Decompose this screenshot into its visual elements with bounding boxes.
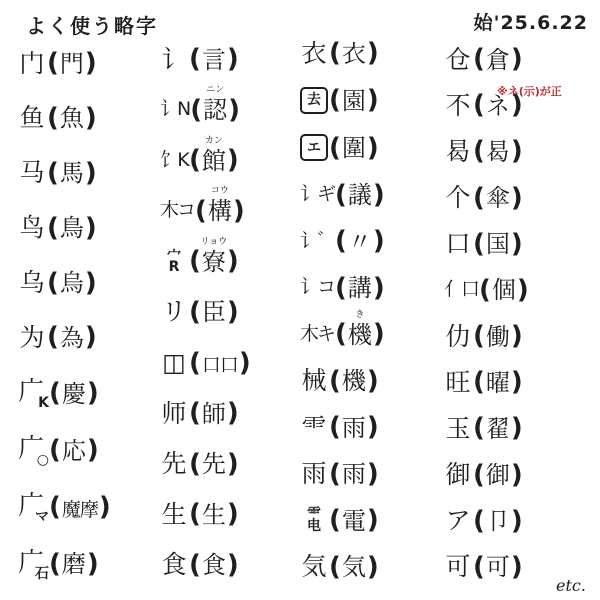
ryakuji-entry: 御(御) (444, 462, 524, 488)
original-char: 言 (202, 46, 226, 74)
enclosed-inner-char: エ (307, 141, 321, 155)
close-paren: ) (227, 552, 239, 578)
original-char-wrap: 国 (486, 231, 510, 256)
open-paren: ( (479, 277, 491, 303)
abbr-char: 个 (444, 185, 472, 210)
close-paren: ) (99, 494, 111, 520)
abbr-char: 不 (444, 93, 472, 118)
abbr-char: 仓 (444, 47, 472, 72)
original-char: 機 (348, 321, 372, 349)
ryakuji-entry: 旺(曜) (444, 369, 524, 395)
original-char: 圍 (342, 134, 366, 162)
open-paren: ( (189, 248, 201, 274)
open-paren: ( (335, 321, 347, 347)
close-paren: ) (373, 275, 385, 301)
ryakuji-entry: リ(臣) (160, 299, 240, 325)
open-paren: ( (47, 324, 59, 350)
stack-part-char: 电 (307, 520, 321, 533)
original-char-wrap: 馬 (60, 160, 84, 185)
close-paren: ) (511, 508, 523, 534)
abbr-char: 鱼 (18, 105, 46, 130)
original-char-wrap: 曜 (486, 370, 510, 395)
close-paren: ) (511, 323, 523, 349)
original-char: 御 (486, 461, 510, 489)
abbr-char: 食 (160, 552, 188, 577)
ryakuji-entry: 生(生) (160, 501, 240, 527)
ryakuji-entry: 木キ(き機) (300, 321, 386, 347)
original-char: 傘 (486, 184, 510, 212)
open-paren: ( (49, 551, 61, 577)
original-char-wrap: 雨 (342, 461, 366, 486)
original-char-wrap: 磨 (62, 551, 86, 576)
open-paren: ( (329, 414, 341, 440)
open-paren: ( (473, 415, 485, 441)
original-char-wrap: 曷 (486, 139, 510, 164)
original-char: 園 (342, 87, 366, 115)
original-char: 曷 (486, 138, 510, 166)
original-char: 認 (203, 96, 227, 124)
radical-inner-char: K (38, 396, 49, 410)
abbr-char: 讠コ (300, 278, 334, 297)
ryakuji-entry: ア(卩) (444, 508, 524, 534)
original-char-wrap: 臣 (202, 299, 226, 324)
ryakuji-entry: 不(ネ) (444, 92, 524, 118)
open-paren: ( (473, 46, 485, 72)
open-paren: ( (189, 400, 201, 426)
handwritten-ryakuji-note: { "page": { "background": "#ffffff", "in… (0, 0, 600, 600)
original-char-wrap: 口口 (202, 350, 238, 375)
ryakuji-entry: 讠(言) (160, 46, 240, 72)
close-paren: ) (227, 400, 239, 426)
open-paren: ( (195, 198, 207, 224)
close-paren: ) (85, 270, 97, 296)
close-paren: ) (227, 451, 239, 477)
abbr-char: 雨 (300, 461, 328, 486)
open-paren: ( (473, 92, 485, 118)
original-char-wrap: 烏 (60, 270, 84, 295)
original-char-wrap: 魚 (60, 105, 84, 130)
abbr-char: 玉 (444, 416, 472, 441)
open-paren: ( (473, 138, 485, 164)
original-char-wrap: 機 (342, 368, 366, 393)
original-char-wrap: 傘 (486, 185, 510, 210)
close-paren: ) (511, 46, 523, 72)
ryakuji-entry: 械(機) (300, 368, 380, 394)
abbr-char: 御 (444, 462, 472, 487)
original-char: 倉 (486, 46, 510, 74)
open-paren: ( (329, 87, 341, 113)
abbr-char: 宀R (160, 249, 188, 274)
close-paren: ) (227, 501, 239, 527)
original-char-wrap: コウ構 (208, 198, 232, 223)
original-char-wrap: 鳥 (60, 215, 84, 240)
original-char: 師 (202, 400, 226, 428)
ryakuji-column-4: 仓(倉)不(ネ)曷(曷)个(傘)口(国)亻口(個)仂(働)旺(曜)玉(翟)御(御… (444, 46, 530, 580)
abbr-char: 去 (300, 87, 328, 114)
abbr-char: 械 (300, 368, 328, 393)
original-char-wrap: 気 (342, 554, 366, 579)
original-char-wrap: 電 (342, 508, 366, 533)
close-paren: ) (367, 414, 379, 440)
close-paren: ) (511, 138, 523, 164)
original-char-wrap: 議 (348, 182, 372, 207)
abbr-char: ⻗ (300, 415, 328, 440)
furigana-label: ニン (206, 86, 224, 95)
original-char-wrap: 応 (62, 438, 86, 463)
ryakuji-entry: 个(傘) (444, 185, 524, 211)
ryakuji-entry: 気(気) (300, 554, 380, 580)
close-paren: ) (373, 228, 385, 254)
ryakuji-entry: 去(園) (300, 87, 380, 114)
abbr-char: 讠N (160, 100, 189, 119)
close-paren: ) (87, 551, 99, 577)
abbr-char: 可 (444, 554, 472, 579)
close-paren: ) (228, 97, 240, 123)
original-char: 〃 (348, 228, 372, 256)
open-paren: ( (473, 554, 485, 580)
abbr-char: 广石 (18, 550, 48, 578)
ryakuji-entry: 饣K(カン館) (160, 147, 240, 173)
original-char-wrap: 魔摩 (62, 495, 98, 520)
original-char: 雨 (342, 414, 366, 442)
close-paren: ) (367, 507, 379, 533)
page-title: よく使う略字 (26, 10, 158, 39)
enclosed-inner-char: 去 (307, 93, 321, 107)
open-paren: ( (329, 461, 341, 487)
open-paren: ( (189, 46, 201, 72)
original-char: 雨 (342, 460, 366, 488)
original-char: 為 (60, 324, 84, 352)
original-char: 先 (202, 450, 226, 478)
open-paren: ( (189, 451, 201, 477)
original-char-wrap: 慶 (62, 381, 86, 406)
original-char-wrap: 御 (486, 462, 510, 487)
abbr-char: 师 (160, 401, 188, 426)
original-char-wrap: 為 (60, 325, 84, 350)
close-paren: ) (367, 135, 379, 161)
original-char-wrap: 言 (202, 47, 226, 72)
original-char: 烏 (60, 269, 84, 297)
ryakuji-entry: 为(為) (18, 324, 98, 350)
abbr-char: リ (160, 299, 188, 324)
original-char: 磨 (62, 550, 86, 578)
close-paren: ) (511, 231, 523, 257)
abbr-char: 旺 (444, 370, 472, 395)
close-paren: ) (227, 147, 239, 173)
abbr-char: 讠 (160, 47, 188, 72)
abbr-char: 乌 (18, 270, 46, 295)
abbr-char: 广マ (18, 493, 48, 521)
close-paren: ) (85, 50, 97, 76)
ryakuji-entry: ⻗电(電) (300, 507, 380, 533)
close-paren: ) (367, 40, 379, 66)
abbr-char: ◫ (160, 350, 188, 375)
original-char-wrap: 門 (60, 51, 84, 76)
original-char: 構 (208, 197, 232, 225)
close-paren: ) (517, 277, 529, 303)
original-char-wrap: 先 (202, 451, 226, 476)
radical-inner-char: マ (35, 510, 49, 524)
open-paren: ( (335, 182, 347, 208)
original-char: 館 (202, 147, 226, 175)
open-paren: ( (189, 350, 201, 376)
original-char-wrap: ネ (486, 93, 510, 118)
ryakuji-entry: 广○(応) (18, 436, 100, 464)
ryakuji-entry: 讠コ(講) (300, 275, 386, 301)
abbr-char: 口 (444, 231, 472, 256)
abbr-char: ア (444, 508, 472, 533)
original-char-wrap: 園 (342, 88, 366, 113)
abbr-char: 亻口 (444, 280, 478, 299)
close-paren: ) (233, 198, 245, 224)
open-paren: ( (335, 228, 347, 254)
open-paren: ( (47, 215, 59, 241)
ryakuji-entry: 雨(雨) (300, 461, 380, 487)
open-paren: ( (49, 437, 61, 463)
furigana-label: コウ (211, 187, 229, 196)
original-char-wrap: 圍 (342, 135, 366, 160)
original-char: 曜 (486, 369, 510, 397)
open-paren: ( (329, 368, 341, 394)
original-char-wrap: 〃 (348, 229, 372, 254)
original-char-wrap: ニン認 (203, 97, 227, 122)
close-paren: ) (85, 160, 97, 186)
original-char-wrap: リョウ寮 (202, 249, 226, 274)
close-paren: ) (367, 554, 379, 580)
open-paren: ( (329, 40, 341, 66)
open-paren: ( (49, 380, 61, 406)
ryakuji-entry: 讠N(ニン認) (160, 97, 241, 123)
ryakuji-entry: 宀R(リョウ寮) (160, 248, 240, 274)
abbr-char: 为 (18, 325, 46, 350)
open-paren: ( (47, 270, 59, 296)
ryakuji-entry: 木コ(コウ構) (160, 198, 246, 224)
ryakuji-entry: 玉(翟) (444, 415, 524, 441)
original-char: 口口 (202, 354, 238, 376)
original-char-wrap: 働 (486, 324, 510, 349)
original-char: 門 (60, 50, 84, 78)
close-paren: ) (511, 554, 523, 580)
open-paren: ( (329, 554, 341, 580)
original-char: 個 (492, 276, 516, 304)
radical-inner-char: ○ (37, 453, 49, 467)
close-paren: ) (511, 462, 523, 488)
abbr-char: 衣 (300, 41, 328, 66)
ryakuji-entry: 仓(倉) (444, 46, 524, 72)
close-paren: ) (239, 350, 251, 376)
close-paren: ) (85, 105, 97, 131)
original-char-wrap: 倉 (486, 47, 510, 72)
abbr-char: 饣K (160, 151, 188, 170)
ryakuji-entry: 口(国) (444, 231, 524, 257)
abbr-char: 鸟 (18, 215, 46, 240)
original-char: 卩 (486, 507, 510, 535)
ryakuji-column-1: 门(門)鱼(魚)马(馬)鸟(鳥)乌(烏)为(為)广K(慶)广○(応)广マ(魔摩)… (18, 50, 112, 578)
close-paren: ) (87, 437, 99, 463)
original-char-wrap: 衣 (342, 41, 366, 66)
ryakuji-entry: 讠ギ(議) (300, 182, 386, 208)
open-paren: ( (473, 323, 485, 349)
etc-label: etc. (556, 576, 586, 595)
ryakuji-entry: 广マ(魔摩) (18, 493, 112, 521)
original-char: 働 (486, 323, 510, 351)
open-paren: ( (47, 105, 59, 131)
abbr-char: 気 (300, 554, 328, 579)
close-paren: ) (511, 92, 523, 118)
ryakuji-entry: 马(馬) (18, 160, 98, 186)
original-char: 可 (486, 553, 510, 581)
ryakuji-entry: 鱼(魚) (18, 105, 98, 131)
original-char-wrap: 翟 (486, 416, 510, 441)
open-paren: ( (189, 299, 201, 325)
original-char-wrap: 雨 (342, 415, 366, 440)
close-paren: ) (373, 182, 385, 208)
original-char: 電 (342, 507, 366, 535)
ryakuji-entry: 广石(磨) (18, 550, 100, 578)
original-char: 気 (342, 553, 366, 581)
ryakuji-column-2: 讠(言)讠N(ニン認)饣K(カン館)木コ(コウ構)宀R(リョウ寮)リ(臣)◫(口… (160, 46, 252, 578)
open-paren: ( (473, 185, 485, 211)
open-paren: ( (189, 552, 201, 578)
ryakuji-column-3: 衣(衣)去(園)エ(圍)讠ギ(議)讠゛(〃)讠コ(講)木キ(き機)械(機)⻗(雨… (300, 40, 386, 580)
close-paren: ) (373, 321, 385, 347)
abbr-char: 讠゛ (300, 232, 334, 251)
abbr-char: 马 (18, 160, 46, 185)
close-paren: ) (367, 368, 379, 394)
open-paren: ( (473, 508, 485, 534)
original-char: 議 (348, 181, 372, 209)
open-paren: ( (335, 275, 347, 301)
ryakuji-entry: エ(圍) (300, 134, 380, 161)
original-char: 魚 (60, 104, 84, 132)
open-paren: ( (47, 50, 59, 76)
abbr-char: 曷 (444, 139, 472, 164)
close-paren: ) (85, 324, 97, 350)
abbr-char: 木コ (160, 201, 194, 220)
original-char: 機 (342, 367, 366, 395)
date-label: 始'25.6.22 (474, 8, 588, 35)
open-paren: ( (189, 501, 201, 527)
original-char-wrap: 講 (348, 275, 372, 300)
original-char: 臣 (202, 298, 226, 326)
ryakuji-entry: 广K(慶) (18, 379, 100, 407)
abbr-char: 生 (160, 502, 188, 527)
original-char: ネ (486, 92, 510, 120)
original-char: 魔摩 (62, 499, 98, 521)
ryakuji-entry: 门(門) (18, 50, 98, 76)
close-paren: ) (511, 415, 523, 441)
original-char: 国 (486, 230, 510, 258)
ryakuji-entry: 乌(烏) (18, 270, 98, 296)
stack-part-char: R (169, 261, 180, 274)
original-char: 馬 (60, 159, 84, 187)
original-char-wrap: 生 (202, 502, 226, 527)
original-char: 寮 (202, 248, 226, 276)
original-char-wrap: 個 (492, 277, 516, 302)
abbr-char: 广○ (18, 436, 48, 464)
original-char-wrap: 可 (486, 554, 510, 579)
abbr-char: ⻗电 (300, 508, 328, 533)
original-char: 翟 (486, 415, 510, 443)
ryakuji-entry: ⻗(雨) (300, 414, 380, 440)
original-char: 講 (348, 274, 372, 302)
open-paren: ( (473, 369, 485, 395)
original-char: 応 (62, 437, 86, 465)
ryakuji-entry: 仂(働) (444, 323, 524, 349)
open-paren: ( (49, 494, 61, 520)
original-char: 鳥 (60, 214, 84, 242)
ryakuji-entry: 先(先) (160, 451, 240, 477)
open-paren: ( (189, 147, 201, 173)
ryakuji-entry: 讠゛(〃) (300, 228, 386, 254)
original-char: 食 (202, 551, 226, 579)
abbr-char: 门 (18, 51, 46, 76)
original-char: 慶 (62, 380, 86, 408)
close-paren: ) (85, 215, 97, 241)
original-char-wrap: 師 (202, 401, 226, 426)
close-paren: ) (511, 369, 523, 395)
open-paren: ( (473, 231, 485, 257)
original-char-wrap: き機 (348, 322, 372, 347)
open-paren: ( (47, 160, 59, 186)
abbr-char: 先 (160, 451, 188, 476)
close-paren: ) (511, 185, 523, 211)
original-char-wrap: カン館 (202, 148, 226, 173)
ryakuji-entry: 衣(衣) (300, 40, 380, 66)
ryakuji-entry: 可(可) (444, 554, 524, 580)
original-char: 生 (202, 501, 226, 529)
furigana-label: カン (205, 137, 223, 146)
close-paren: ) (367, 87, 379, 113)
ryakuji-entry: 曷(曷) (444, 138, 524, 164)
furigana-label: き (355, 311, 364, 320)
ryakuji-entry: 食(食) (160, 552, 240, 578)
radical-inner-char: 石 (35, 567, 49, 581)
ryakuji-entry: 师(師) (160, 400, 240, 426)
open-paren: ( (473, 462, 485, 488)
open-paren: ( (190, 97, 202, 123)
abbr-char: 讠ギ (300, 185, 334, 204)
open-paren: ( (329, 135, 341, 161)
furigana-label: リョウ (201, 238, 228, 247)
close-paren: ) (367, 461, 379, 487)
close-paren: ) (227, 248, 239, 274)
ryakuji-entry: ◫(口口) (160, 350, 252, 376)
original-char: 衣 (342, 40, 366, 68)
abbr-char: エ (300, 134, 328, 161)
abbr-char: 仂 (444, 324, 472, 349)
abbr-char: 木キ (300, 325, 334, 344)
original-char-wrap: 食 (202, 552, 226, 577)
close-paren: ) (87, 380, 99, 406)
open-paren: ( (329, 507, 341, 533)
close-paren: ) (227, 46, 239, 72)
ryakuji-entry: 鸟(鳥) (18, 215, 98, 241)
original-char-wrap: 卩 (486, 508, 510, 533)
abbr-char: 广K (18, 379, 48, 407)
close-paren: ) (227, 299, 239, 325)
ryakuji-entry: 亻口(個) (444, 277, 530, 303)
